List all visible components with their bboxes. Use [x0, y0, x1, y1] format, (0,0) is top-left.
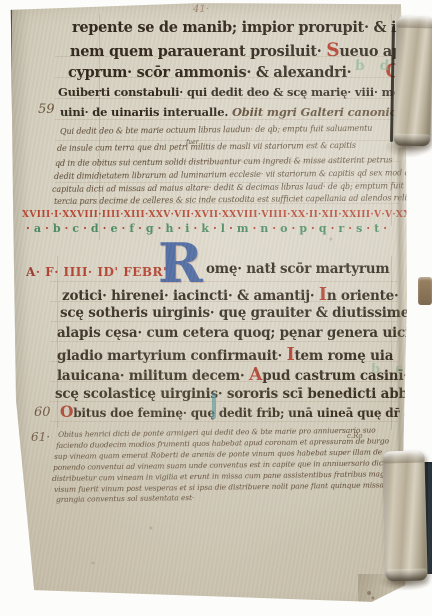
text-line: Guiberti constabuli· qui dedit deo & scę… [58, 87, 427, 99]
entry-line: gladio martyrium confirmauit· Item romę … [57, 347, 393, 364]
text-segment: · [26, 222, 30, 235]
text-segment: · [103, 222, 107, 235]
text-segment: q [319, 222, 327, 235]
text-segment: e [110, 222, 117, 235]
parchment-index-tab-top [393, 16, 432, 147]
text-segment: l [221, 222, 225, 235]
text-segment: · [272, 222, 276, 235]
entry-line: alapis cęsa· cum cetera quoq; pęnar gene… [57, 327, 432, 341]
text-segment: · [45, 222, 49, 235]
folio-number: 41· [193, 4, 209, 15]
green-alphabet-row: ·a·b·c·d·e·f·g·h·i·k·l·m·n·o·p·q·r·s·t· [24, 223, 389, 234]
text-segment: nem quem parauerant prosiluit· [70, 43, 326, 60]
text-segment: · [348, 222, 352, 235]
verso-showthrough-mark: v [3, 291, 10, 305]
text-segment: · [213, 222, 217, 235]
text-segment: scę scolasticę uirginis· sororis scī ben… [55, 386, 432, 402]
manuscript-photo: 41· repente se de manib; impior prorupit… [0, 0, 432, 616]
parchment-specks [0, 0, 2, 2]
text-segment: alapis cęsa· cum cetera quoq; pęnar gene… [57, 325, 432, 341]
text-segment: · [331, 222, 335, 235]
text-segment: · [383, 222, 387, 235]
margin-number-59: 59 [38, 102, 55, 117]
interlinear-note: fuer [186, 139, 199, 146]
text-segment: d [91, 222, 99, 235]
calendar-rubric: A· F· IIII· ID' FEBR' [26, 266, 167, 278]
text-segment: A [249, 365, 262, 385]
text-segment: c [72, 222, 79, 235]
text-segment: S [326, 40, 339, 61]
text-segment: omę· natł scōr martyrum [206, 261, 389, 277]
text-segment: · [83, 222, 87, 235]
text-segment: s [356, 222, 362, 235]
cursive-addition-line: visum fuerit vinum post vesperas et si i… [54, 481, 388, 493]
text-segment: I [319, 285, 327, 305]
parchment-index-tab-bottom [382, 450, 427, 581]
text-segment: n [260, 222, 268, 235]
fore-edge-leaf-lines [396, 148, 404, 456]
marginal-side-note: c.Ro [347, 432, 363, 440]
entry-line: scę sotheris uirginis· quę grauiter & di… [60, 307, 409, 321]
text-segment: t [374, 222, 379, 235]
text-segment: o [280, 222, 287, 235]
verso-showthrough-mark: v [6, 367, 13, 381]
binding-gutter-dark-top [0, 0, 12, 250]
text-segment: O [60, 403, 73, 421]
illuminated-initial: R [158, 236, 203, 290]
text-line: uini· de uinariis interualle. Obiit mgri… [60, 107, 432, 119]
text-segment: · [291, 222, 295, 235]
parchment-page: 41· repente se de manib; impior prorupit… [0, 0, 432, 616]
text-segment: f [129, 222, 134, 235]
red-numeral-row: XVIII·I·XXVIII·IIII·XIII·XXV·VII·XVII·XX… [22, 211, 432, 220]
entry-line: zotici· hirenei· iacincti· & amantij· In… [62, 287, 399, 304]
text-segment: · [252, 222, 256, 235]
entry-line: scę scolasticę uirginis· sororis scī ben… [55, 388, 432, 402]
text-segment: a [34, 222, 41, 235]
cursive-addition-line: grangia conventus sol sustentata est· [56, 494, 194, 503]
text-segment: gladio martyrium confirmauit· [57, 348, 287, 364]
text-segment: · [311, 222, 315, 235]
margin-number-61: 61· [31, 430, 50, 444]
text-segment: b [53, 222, 61, 235]
verso-showthrough-initial-bar [212, 393, 216, 419]
text-line: repente se de manib; impior prorupit· & … [72, 21, 426, 36]
text-segment: uini· de uinariis interualle. [60, 105, 232, 119]
entry-line: lauicana· militum decem· Apud castrum ca… [57, 367, 408, 384]
text-segment: · [229, 222, 233, 235]
text-segment: m [237, 222, 249, 235]
text-segment: repente se de manib; impior prorupit· & … [72, 19, 426, 36]
text-segment: n oriente· [327, 288, 399, 304]
fore-edge-fragment [418, 277, 432, 305]
text-segment: p [299, 222, 307, 235]
text-segment: A [26, 265, 36, 279]
text-segment: bitus doe feminę· quę dedit frib; unā ui… [73, 406, 432, 420]
entry-line: omę· natł scōr martyrum [206, 263, 389, 277]
ruling-vertical-left-lower [57, 256, 58, 428]
text-segment: r [338, 222, 344, 235]
text-segment: cyprum· scōr ammonis· & alexandri· [68, 64, 351, 81]
text-segment: Guiberti constabuli· qui dedit deo & scę… [58, 85, 427, 99]
ruling-vertical-right-lower [391, 256, 392, 430]
text-segment: · [121, 222, 125, 235]
binding-gutter-shadow [0, 0, 30, 616]
text-segment: · [138, 222, 142, 235]
obit-line: Obitus doe feminę· quę dedit frib; unā u… [60, 405, 432, 420]
text-segment: scę sotheris uirginis· quę grauiter & di… [60, 305, 409, 321]
text-segment: · [65, 222, 69, 235]
text-segment: lauicana· militum decem· [57, 368, 249, 384]
text-segment: g [146, 222, 154, 235]
text-segment: F· IIII· ID' FEBR' [41, 265, 168, 279]
margin-number-60: 60 [34, 405, 51, 420]
text-segment: zotici· hirenei· iacincti· & amantij· [62, 288, 319, 304]
text-segment: · [366, 222, 370, 235]
